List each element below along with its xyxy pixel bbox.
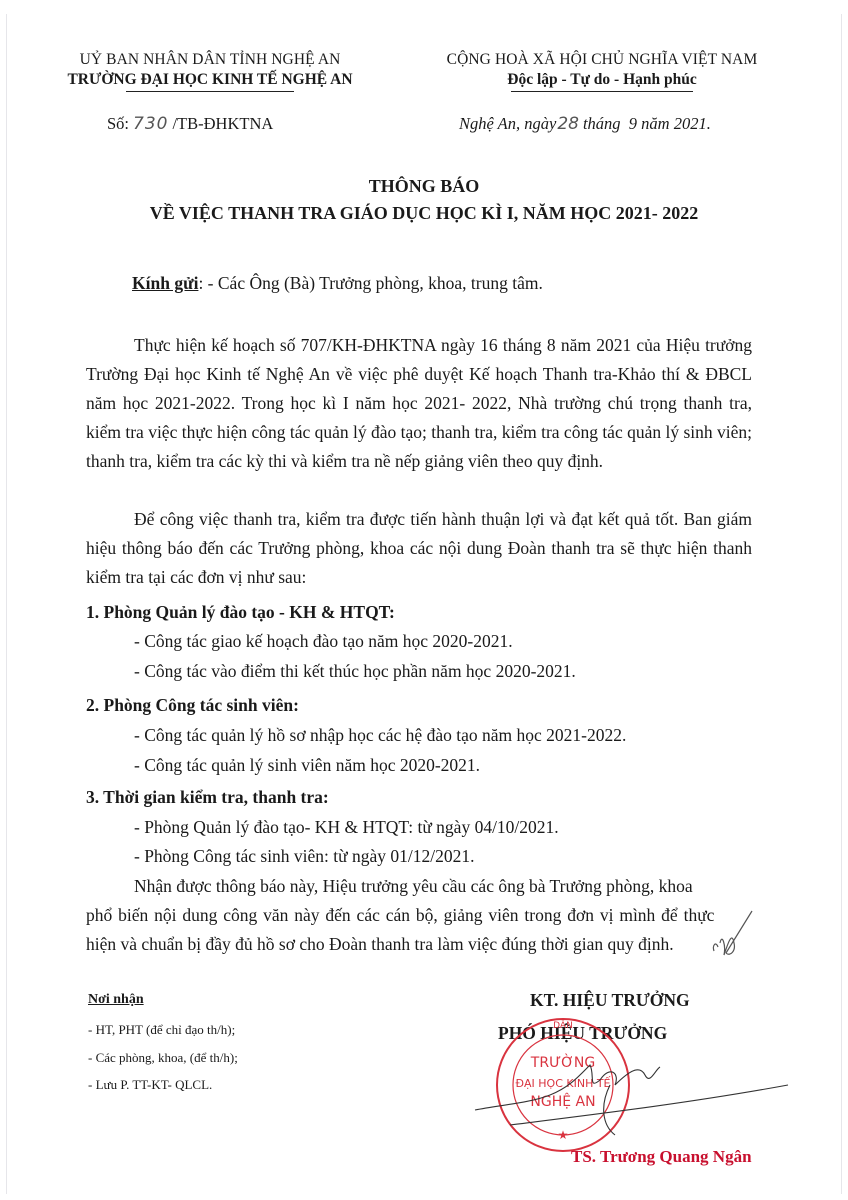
closing-line: hiện và chuẩn bị đầy đủ hồ sơ cho Đoàn t… [86,934,674,955]
signature-role-1: KT. HIỆU TRƯỞNG [530,990,690,1011]
place-date: Nghệ An, ngày28tháng 9 năm 2021. [459,114,711,134]
national-motto: Độc lập - Tự do - Hạnh phúc [392,70,812,90]
addressee-label: Kính gửi [132,273,198,293]
document-title: THÔNG BÁO [0,176,848,197]
recipients-item: - Lưu P. TT-KT- QLCL. [88,1077,212,1093]
national-name: CỘNG HOÀ XÃ HỘI CHỦ NGHĨA VIỆT NAM [392,50,812,70]
signer-name: TS. Trương Quang Ngân [571,1147,752,1167]
closing-line: Nhận được thông báo này, Hiệu trưởng yêu… [134,876,693,897]
document-subtitle: VỀ VIỆC THANH TRA GIÁO DỤC HỌC KÌ I, NĂM… [0,203,848,224]
document-number: Số:730/TB-ĐHKTNA [107,114,273,134]
paragraph-1: Thực hiện kế hoạch số 707/KH-ĐHKTNA ngày… [86,331,752,476]
recipients-title: Nơi nhận [88,992,144,1008]
recipients-item: - Các phòng, khoa, (để th/h); [88,1050,238,1066]
section-heading: 3. Thời gian kiểm tra, thanh tra: [86,787,329,808]
section-item: - Công tác vào điểm thi kết thúc học phầ… [134,661,576,682]
signature-scribble-icon [470,1045,800,1155]
paragraph-2: Để công việc thanh tra, kiểm tra được ti… [86,505,752,592]
handwritten-day: 28 [557,114,579,134]
issuer-block: UỶ BAN NHÂN DÂN TỈNH NGHỆ AN TRƯỜNG ĐẠI … [60,50,360,90]
closing-line: phổ biến nội dung công văn này đến các c… [86,905,714,926]
svg-text:DÂN: DÂN [553,1019,573,1031]
section-item: - Công tác quản lý sinh viên năm học 202… [134,755,480,776]
addressee-text: : - Các Ông (Bà) Trưởng phòng, khoa, tru… [198,273,542,293]
motto-underline [511,91,693,92]
national-motto-block: CỘNG HOÀ XÃ HỘI CHỦ NGHĨA VIỆT NAM Độc l… [392,50,812,90]
recipients-item: - HT, PHT (để chỉ đạo th/h); [88,1022,235,1038]
section-heading: 1. Phòng Quản lý đào tạo - KH & HTQT: [86,602,395,623]
addressee: Kính gửi: - Các Ông (Bà) Trưởng phòng, k… [132,273,543,294]
section-heading: 2. Phòng Công tác sinh viên: [86,695,299,716]
section-item: - Công tác quản lý hồ sơ nhập học các hệ… [134,725,626,746]
issuer-authority: UỶ BAN NHÂN DÂN TỈNH NGHỆ AN [60,50,360,70]
issuer-underline [126,91,294,92]
section-item: - Công tác giao kế hoạch đào tạo năm học… [134,631,513,652]
section-item: - Phòng Công tác sinh viên: từ ngày 01/1… [134,846,475,867]
section-item: - Phòng Quản lý đào tạo- KH & HTQT: từ n… [134,817,559,838]
handwritten-number: 730 [133,114,168,134]
issuer-school: TRƯỜNG ĐẠI HỌC KINH TẾ NGHỆ AN [60,70,360,90]
checkmark-icon [712,903,757,963]
